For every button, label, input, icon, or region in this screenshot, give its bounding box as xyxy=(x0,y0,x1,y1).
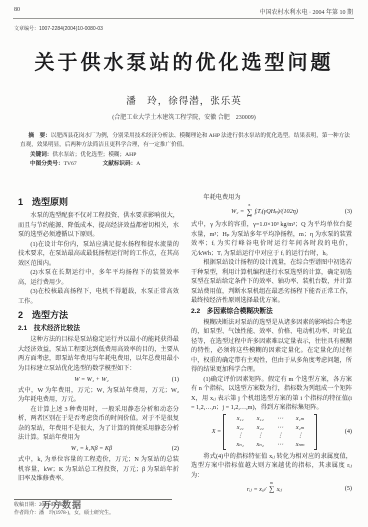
matrix: X = x₁₁x₁₂⋯x₁ₘx₂₁x₂₂⋯x₂ₘ⋮⋮⋮⋮xₙ₁xₙ₂⋯xₙₘ xyxy=(212,414,318,450)
paragraph: 将式(4)中的指标特征值 xᵢⱼ 转化为相对应的隶属度值，选型方案中指标值越大则… xyxy=(191,452,352,481)
footnote: 收稿日期：2004-04-26 作者简介：潘 玲(1978-)，女，硕士研究生。 xyxy=(14,499,172,518)
author-bio-line: 作者简介：潘 玲(1978-)，女，硕士研究生。 xyxy=(14,510,172,518)
matrix-cell: x₂₂ xyxy=(250,424,270,433)
paragraph: 模糊决断法对泵站的选型是从诸多因素的影响综合考虑的，如泵型、气蚀性能、效率、价格… xyxy=(191,318,352,375)
clc-label: 中图分类号： xyxy=(30,161,64,167)
journal-header: 中国农村水利水电 · 2004 年第 10 期 xyxy=(260,7,354,16)
matrix-cell: ⋮ xyxy=(230,432,250,441)
authors: 潘 玲，徐得潜，张乐英 xyxy=(0,93,368,107)
received-date-line: 收稿日期：2004-04-26 xyxy=(14,502,172,510)
abstract-label: 摘 要： xyxy=(28,133,50,139)
article-id: 文章编号：1007-2284(2004)10-0080-03 xyxy=(14,25,103,32)
page-number: 80 xyxy=(14,7,20,16)
matrix-cell: ⋮ xyxy=(250,432,270,441)
matrix-cell: x₂₁ xyxy=(230,424,250,433)
matrix-cell: ⋮ xyxy=(270,432,290,441)
matrix-row: ⋮⋮⋮⋮ xyxy=(230,432,310,441)
bio-text: 潘 玲(1978-)，女，硕士研究生。 xyxy=(39,511,114,516)
paragraph: 式中，γ 为水的容重，γ=1.0×10³ kg/m³；Q 为平均单位台提水量，m… xyxy=(191,220,352,258)
equation-3-body: W₂ = n∑i=1 fᵢTᵢ(γQHₚ)/(102η) xyxy=(191,204,338,219)
paragraph: (3)在校核最高扬程下，电机不得超载，水泵正常高效工作。 xyxy=(18,287,179,306)
sigma-symbol: m∑i=1 xyxy=(269,482,274,493)
matrix-row: xₙ₁xₙ₂⋯xₙₘ xyxy=(230,441,310,450)
matrix-grid: x₁₁x₁₂⋯x₁ₘx₂₁x₂₂⋯x₂ₘ⋮⋮⋮⋮xₙ₁xₙ₂⋯xₙₘ xyxy=(228,414,312,450)
page-header: 80 中国农村水利水电 · 2004 年第 10 期 xyxy=(14,7,353,16)
matrix-cell: xₙ₁ xyxy=(230,441,250,450)
paragraph: 式中，W 为年费用，万元；W₁ 为泵站年费用，万元；W₂ 为年耗电费用，万元。 xyxy=(18,386,179,405)
clc-line: 中图分类号：TV67文献标识码：A xyxy=(30,160,350,169)
equation-4-number: (4) xyxy=(338,427,352,437)
abstract-text: 以肥西县花岗水厂为例，分别采用技术经济分析法、模糊理论和 AHP 法进行供水泵站… xyxy=(20,133,350,148)
keywords-line: 关键词：供水泵站；优化选型；模糊；AHP xyxy=(30,151,350,160)
header-rule xyxy=(13,18,354,19)
matrix-cell: ⋯ xyxy=(270,424,290,433)
equation-5-rhs: xᵢⱼ xyxy=(277,485,282,492)
matrix-cell: ⋯ xyxy=(270,415,290,424)
keywords-label: 关键词： xyxy=(30,152,52,158)
matrix-row: x₁₁x₁₂⋯x₁ₘ xyxy=(230,415,310,424)
right-column: 年耗电费用为 W₂ = n∑i=1 fᵢTᵢ(γQHₚ)/(102η) (3) … xyxy=(191,193,352,493)
section-1-heading: 1 选型原则 xyxy=(18,196,179,209)
paragraph: 在计算上述 3 种费用时，一般采用静态分析和动态分析，两者区别在于是否考虑货币的… xyxy=(18,405,179,443)
section-2-1-heading: 2.1 技术经济比较法 xyxy=(18,324,179,334)
matrix-label: X = xyxy=(212,427,222,437)
equation-5-body: rᵢⱼ = xᵢⱼ/ m∑i=1 xᵢⱼ xyxy=(191,482,338,493)
paragraph: 年耗电费用为 xyxy=(191,193,352,203)
equation-5: rᵢⱼ = xᵢⱼ/ m∑i=1 xᵢⱼ (5) xyxy=(191,482,352,493)
abstract-block: 摘 要：以肥西县花岗水厂为例，分别采用技术经济分析法、模糊理论和 AHP 法进行… xyxy=(20,132,350,169)
paragraph: 水泵的选型配套不仅对工程投资、供水要求影响很大，而且与节约能源、降低成本、提高经… xyxy=(18,211,179,240)
matrix-cell: x₁ₘ xyxy=(290,415,310,424)
equation-5-lhs: rᵢⱼ = xᵢⱼ/ xyxy=(247,485,266,492)
equation-1: W = W₁ + W₂ (1) xyxy=(18,375,179,385)
left-column: 1 选型原则 水泵的选型配套不仅对工程投资、供水要求影响很大，而且与节约能源、降… xyxy=(18,193,179,493)
matrix-cell: ⋮ xyxy=(290,432,310,441)
matrix-left-bracket xyxy=(223,414,226,450)
matrix-cell: x₁₂ xyxy=(250,415,270,424)
paragraph: 这种方法的目标是泵站稳定运行并以最小的能耗获得最大经济效益，泵站工程要达到低费用… xyxy=(18,335,179,373)
doc-code: A xyxy=(136,161,140,167)
matrix-right-bracket xyxy=(314,414,317,450)
equation-4: X = x₁₁x₁₂⋯x₁ₘx₂₁x₂₂⋯x₂ₘ⋮⋮⋮⋮xₙ₁xₙ₂⋯xₙₘ (… xyxy=(191,414,352,450)
paragraph: (2)水泵在长期运行中，多年平均扬程下的装置效率高，运行费用少。 xyxy=(18,268,179,287)
matrix-cell: xₙₘ xyxy=(290,441,310,450)
bio-label: 作者简介： xyxy=(14,511,39,516)
paragraph: 式中，k₁ 为单位容量的工程造价，万元；N 为泵站的总装机容量，kW；K 为泵站… xyxy=(18,455,179,484)
wanfang-watermark: 万方数据 xyxy=(42,498,82,511)
matrix-row: x₂₁x₂₂⋯x₂ₘ xyxy=(230,424,310,433)
matrix-cell: x₂ₘ xyxy=(290,424,310,433)
equation-3-lhs: W₂ = xyxy=(231,208,244,215)
equation-2: W₁ = k₁Nβ = Kβ (2) xyxy=(18,444,179,454)
equation-5-number: (5) xyxy=(338,484,352,493)
equation-2-body: W₁ = k₁Nβ = Kβ xyxy=(18,444,165,454)
doc-code-label: 文献标识码： xyxy=(103,161,137,167)
paragraph: (1)在设计年份内，泵站应满足提水扬程和提水流量的技术要求，在泵站最高或最低扬程… xyxy=(18,240,179,269)
equation-1-number: (1) xyxy=(165,375,179,385)
keywords: 供水泵站；优化选型；模糊；AHP xyxy=(52,152,136,158)
equation-2-number: (2) xyxy=(165,444,179,454)
abstract: 摘 要：以肥西县花岗水厂为例，分别采用技术经济分析法、模糊理论和 AHP 法进行… xyxy=(20,132,350,150)
section-2-2-heading: 2.2 多因素综合模糊决断法 xyxy=(191,307,352,317)
equation-3-number: (3) xyxy=(338,207,352,217)
equation-3: W₂ = n∑i=1 fᵢTᵢ(γQHₚ)/(102η) (3) xyxy=(191,204,352,219)
equation-4-body: X = x₁₁x₁₂⋯x₁ₘx₂₁x₂₂⋯x₂ₘ⋮⋮⋮⋮xₙ₁xₙ₂⋯xₙₘ xyxy=(191,414,338,450)
equation-3-rhs: fᵢTᵢ(γQHₚ)/(102η) xyxy=(255,208,298,215)
affiliation: (合肥工业大学土木建筑工程学院，安徽 合肥 230009) xyxy=(0,112,368,121)
section-2-heading: 2 选型方法 xyxy=(18,309,179,322)
paper-page: 80 中国农村水利水电 · 2004 年第 10 期 文章编号：1007-228… xyxy=(0,0,368,527)
paragraph: 根据泵站设计扬程的设计流量，在综合型谱图中初选若干种泵型，利用计算机编程进行水泵… xyxy=(191,258,352,306)
clc-code: TV67 xyxy=(64,161,77,167)
equation-1-body: W = W₁ + W₂ xyxy=(18,375,165,385)
sigma-symbol: n∑i=1 xyxy=(247,204,252,219)
body-columns: 1 选型原则 水泵的选型配套不仅对工程投资、供水要求影响很大，而且与节约能源、降… xyxy=(18,193,352,493)
received-label: 收稿日期： xyxy=(14,503,39,508)
matrix-cell: xₙ₂ xyxy=(250,441,270,450)
matrix-cell: ⋯ xyxy=(270,441,290,450)
paragraph: (1)确定评价因素矩阵。假定有 m 个选型方案，各方案有 n 个指标，以选型方案… xyxy=(191,375,352,413)
matrix-cell: x₁₁ xyxy=(230,415,250,424)
paper-title: 关于供水泵站的优化选型问题 xyxy=(0,46,368,75)
